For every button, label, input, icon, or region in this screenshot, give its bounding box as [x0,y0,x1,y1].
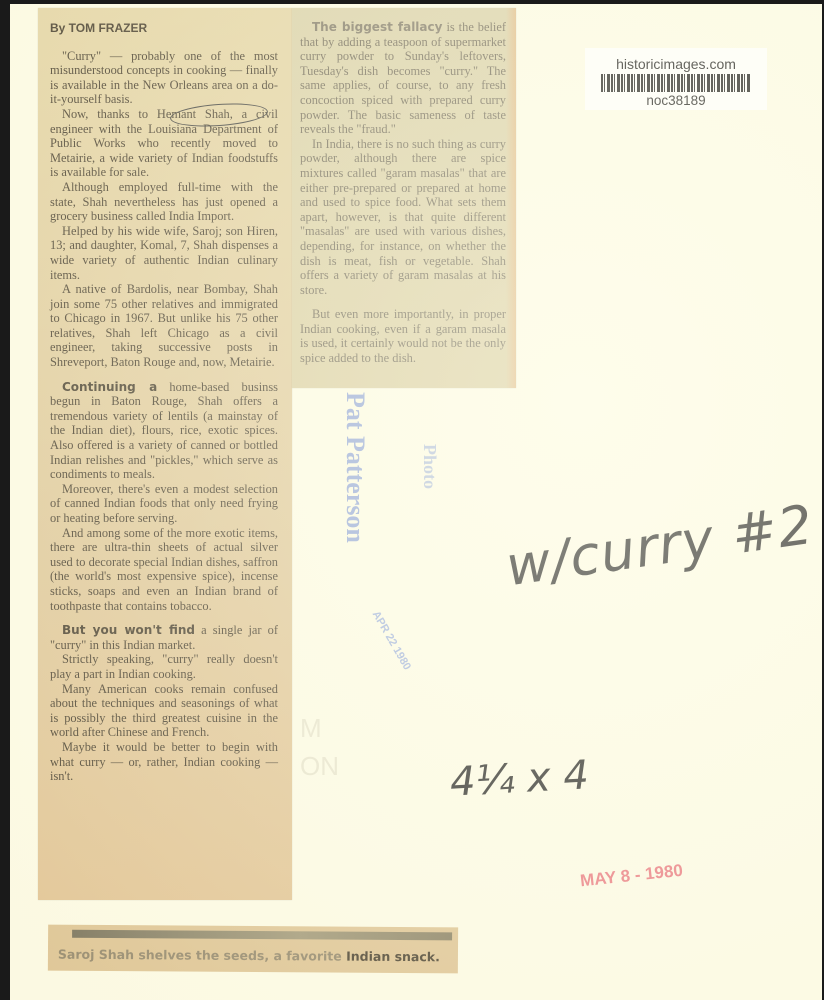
clipping-left-column: By TOM FRAZER "Curry" — probably one of … [38,8,292,900]
red-date-stamp: MAY 8 - 1980 [579,861,684,892]
caption-faded: Saroj Shah shelves the seeds, a favorite [58,947,342,964]
byline: By TOM FRAZER [50,21,278,36]
article-paragraph: Moreover, there's even a modest selectio… [50,482,278,526]
archive-label: historicimages.com noc38189 [585,48,767,110]
paragraph-lead: Continuing a [62,380,157,394]
paragraph-text: Strictly speaking, "curry" really doesn'… [50,652,278,681]
paragraph-lead: The biggest fallacy [312,20,442,34]
article-paragraph: Maybe it would be better to begin with w… [50,740,278,784]
paragraph-text: But even more importantly, in proper Ind… [300,307,506,365]
handwritten-note: w/curry #2 [502,493,817,598]
paragraph-text: Although employed full-time with the sta… [50,180,278,223]
paragraph-text: A native of Bardolis, near Bombay, Shah … [50,282,278,369]
received-date-stamp: APR 22 1980 [370,609,413,672]
paragraph-text: Moreover, there's even a modest selectio… [50,482,278,525]
article-paragraph: A native of Bardolis, near Bombay, Shah … [50,282,278,370]
article-paragraph: Strictly speaking, "curry" really doesn'… [50,652,278,681]
article-paragraph: In India, there is no such thing as curr… [300,137,506,298]
photographer-stamp: Pat Patterson [340,392,370,543]
bleed-through-text: M ON [300,709,339,785]
article-paragraph: "Curry" — probably one of the most misun… [50,49,278,107]
article-right-text: The biggest fallacy is the belief that b… [300,20,506,366]
paragraph-text: "Curry" — probably one of the most misun… [50,49,278,107]
ghost-line: M [300,709,339,747]
ghost-line: ON [300,747,339,785]
article-paragraph: But even more importantly, in proper Ind… [300,307,506,365]
clipping-right-column: The biggest fallacy is the belief that b… [292,8,516,388]
paragraph-lead: But you won't find [62,623,195,637]
article-paragraph: The biggest fallacy is the belief that b… [300,20,506,137]
photo-edge [72,930,452,941]
article-paragraph: Continuing a home-based businss begun in… [50,380,278,482]
caption-clipping: Saroj Shah shelves the seeds, a favorite… [48,925,458,974]
article-paragraph: Helped by his wide wife, Saroj; son Hire… [50,224,278,282]
article-paragraph: But you won't find a single jar of "curr… [50,623,278,652]
handwritten-size: 4¼ x 4 [449,752,590,805]
paragraph-text: Helped by his wide wife, Saroj; son Hire… [50,224,278,282]
paragraph-text: home-based businss begun in Baton Rouge,… [50,380,278,482]
paragraph-text: is the belief that by adding a teaspoon … [300,20,506,136]
photo-caption: Saroj Shah shelves the seeds, a favorite… [58,947,440,965]
barcode-icon [601,74,751,92]
archive-code: noc38189 [585,93,767,108]
article-paragraph: And among some of the more exotic items,… [50,526,278,614]
caption-bold: Indian snack. [342,949,440,965]
archive-site: historicimages.com [585,56,767,72]
paragraph-text: Maybe it would be better to begin with w… [50,740,278,783]
paragraph-text: Many American cooks remain confused abou… [50,682,278,740]
paragraph-text: In India, there is no such thing as curr… [300,137,506,297]
paragraph-text: And among some of the more exotic items,… [50,526,278,613]
photo-back-board: By TOM FRAZER "Curry" — probably one of … [10,4,822,1000]
article-left-text: By TOM FRAZER "Curry" — probably one of … [50,21,278,784]
photo-faint-stamp: Photo [419,444,440,489]
article-paragraph: Many American cooks remain confused abou… [50,682,278,740]
article-paragraph: Although employed full-time with the sta… [50,180,278,224]
